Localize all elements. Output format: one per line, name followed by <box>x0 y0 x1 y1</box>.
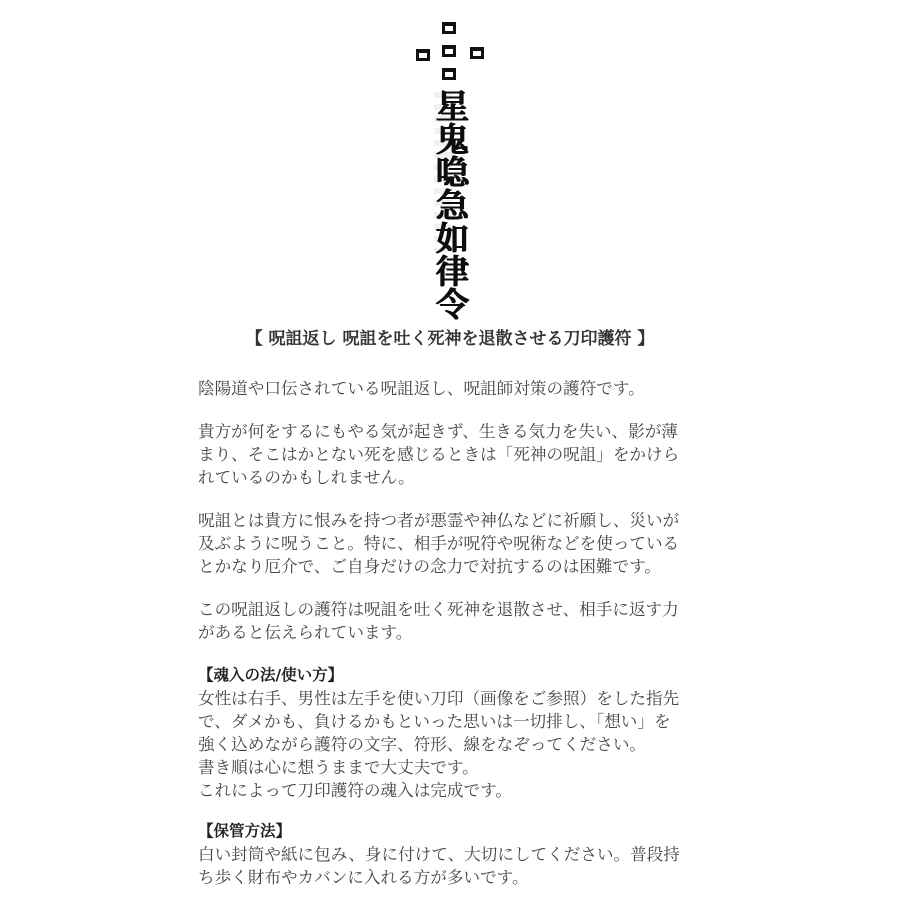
talisman-char: 急 <box>436 189 469 222</box>
curse-explanation-paragraph: 呪詛とは貴方に恨みを持つ者が悪霊や神仏などに祈願し、災いが 及ぶように呪うこと。… <box>198 509 703 578</box>
talisman-char: 如 <box>436 222 469 255</box>
section-heading: 【魂入の法/使い方】 <box>198 664 703 687</box>
intro-paragraph: 陰陽道や口伝されている呪詛返し、呪詛師対策の護符です。 <box>198 377 703 400</box>
talisman-char: 星 <box>436 90 469 123</box>
talisman-mouth-glyph-left <box>416 49 430 61</box>
section-body: 白い封筒や紙に包み、身に付けて、大切にしてください。普段持 ち歩く財布やカバンに… <box>198 843 703 889</box>
section-usage: 【魂入の法/使い方】 女性は右手、男性は左手を使い刀印（画像をご参照）をした指先… <box>198 664 703 802</box>
talisman-mouth-glyph-bottom <box>442 68 456 80</box>
talisman-char: 律 <box>436 255 469 288</box>
talisman-image: 星 鬼 喼 急 如 律 令 <box>412 14 488 320</box>
talisman-mouth-glyph-right <box>470 47 484 59</box>
description-body: 陰陽道や口伝されている呪詛返し、呪詛師対策の護符です。 貴方が何をするにもやる気… <box>198 377 703 900</box>
section-body: 女性は右手、男性は左手を使い刀印（画像をご参照）をした指先 で、ダメかも、負ける… <box>198 687 703 802</box>
talisman-char: 鬼 <box>436 123 469 156</box>
talisman-mouth-glyph-center <box>442 45 456 57</box>
section-heading: 【保管方法】 <box>198 820 703 843</box>
talisman-characters: 星 鬼 喼 急 如 律 令 <box>424 90 480 321</box>
page-title: 【 呪詛返し 呪詛を吐く死神を退散させる刀印護符 】 <box>0 328 900 350</box>
section-storage: 【保管方法】 白い封筒や紙に包み、身に付けて、大切にしてください。普段持 ち歩く… <box>198 820 703 889</box>
talisman-char: 令 <box>436 288 469 321</box>
talisman-power-paragraph: この呪詛返しの護符は呪詛を吐く死神を退散させ、相手に返す力 があると伝えられてい… <box>198 598 703 644</box>
talisman-mouth-glyph-top <box>442 22 456 34</box>
talisman-char: 喼 <box>436 156 469 189</box>
symptom-paragraph: 貴方が何をするにもやる気が起きず、生きる気力を失い、影が薄 まり、そこはかとない… <box>198 420 703 489</box>
